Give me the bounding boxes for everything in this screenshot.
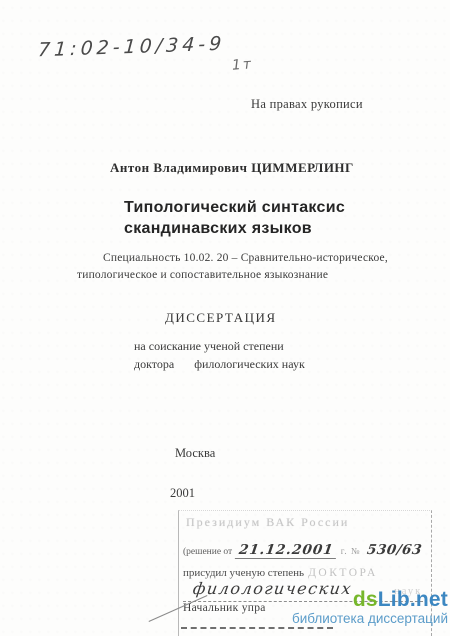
handwritten-decision-date: 21.12.2001 [235, 542, 338, 559]
degree-field-line: докторафилологических наук [134, 357, 305, 372]
manuscript-rights-note: На правах рукописи [251, 97, 363, 112]
specialty-line-2: типологическое и сопоставительное языкоз… [77, 269, 328, 281]
document-type-heading: ДИССЕРТАЦИЯ [165, 310, 277, 326]
stamp-header-faded: Президиум ВАК России [186, 515, 349, 530]
degree-pursuit-line: на соискание ученой степени [134, 339, 284, 354]
specialty-line-1: Специальность 10.02. 20 – Сравнительно-и… [103, 252, 388, 264]
publication-year: 2001 [170, 486, 195, 501]
dslib-logo: dsLib.net [292, 589, 448, 611]
scanned-page: 71:02-10/34-9 1т На правах рукописи Анто… [0, 0, 450, 636]
publication-city: Москва [175, 446, 215, 461]
dslib-subtitle: библиотека диссертаций [292, 611, 448, 626]
handwritten-decision-number: 530/63 [363, 542, 424, 558]
stamp-decision-line: (решение от 21.12.2001 г. № 530/63 [183, 541, 423, 559]
decision-prefix-label: (решение от [183, 547, 232, 557]
decision-number-label: г. № [341, 546, 361, 556]
awarded-text: присудил ученую степень [183, 567, 304, 579]
stamp-bottom-dashed-line [181, 627, 333, 629]
degree-field: филологических наук [194, 357, 305, 371]
title-line-2: скандинавских языков [124, 218, 345, 239]
handwritten-inventory-suffix: 1т [231, 56, 253, 73]
dissertation-title: Типологический синтаксис скандинавских я… [124, 197, 345, 239]
title-line-1: Типологический синтаксис [124, 197, 345, 218]
dslib-watermark: dsLib.net библиотека диссертаций [292, 589, 448, 626]
author-name: Антон Владимирович ЦИММЕРЛИНГ [110, 160, 354, 176]
dslib-logo-ds: ds [353, 588, 378, 611]
awarded-degree-faded: ДОКТОРА [308, 567, 378, 579]
degree-rank: доктора [134, 357, 174, 371]
signature-title-label: Начальник упра [183, 602, 266, 614]
handwritten-inventory-number: 71:02-10/34-9 [37, 33, 226, 62]
dslib-logo-libnet: Lib.net [378, 588, 448, 611]
